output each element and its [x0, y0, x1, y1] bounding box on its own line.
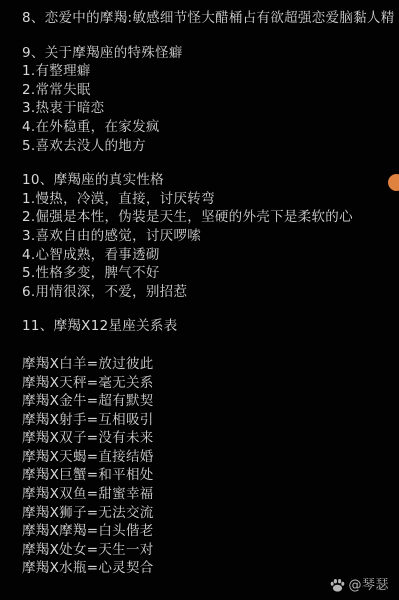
- list-item: 摩羯X天蝎=直接结婚: [22, 448, 387, 467]
- list-item: 3.热衷于暗恋: [22, 99, 387, 118]
- section-heading: 8、恋爱中的摩羯:敏感细节怪大醋桶占有欲超强恋爱脑黏人精: [22, 9, 387, 28]
- list-item: 摩羯X狮子=无法交流: [22, 504, 387, 523]
- section-8: 8、恋爱中的摩羯:敏感细节怪大醋桶占有欲超强恋爱脑黏人精: [22, 9, 387, 28]
- watermark: @琴瑟: [330, 574, 389, 593]
- list-item: 4.在外稳重，在家发疯: [22, 118, 387, 137]
- article-content: 8、恋爱中的摩羯:敏感细节怪大醋桶占有欲超强恋爱脑黏人精9、关于摩羯座的特殊怪癖…: [0, 0, 399, 578]
- list-item: 摩羯X双鱼=甜蜜幸福: [22, 485, 387, 504]
- list-item: 1.慢热，冷漠，直接，讨厌转弯: [22, 190, 387, 209]
- list-item: 4.心智成熟，看事透砌: [22, 246, 387, 265]
- section-heading: 10、摩羯座的真实性格: [22, 171, 387, 190]
- list-item: 5.性格多变，脾气不好: [22, 264, 387, 283]
- list-item: 5.喜欢去没人的地方: [22, 137, 387, 156]
- watermark-author: @琴瑟: [348, 574, 389, 593]
- orange-dot-decoration: [388, 174, 399, 191]
- list-item: 3.喜欢自由的感觉，讨厌啰嗦: [22, 227, 387, 246]
- list-item: 摩羯X射手=互相吸引: [22, 411, 387, 430]
- list-item: 摩羯X双子=没有未来: [22, 429, 387, 448]
- list-item: 摩羯X白羊=放过彼此: [22, 355, 387, 374]
- list-item: 摩羯X天秤=毫无关系: [22, 374, 387, 393]
- list-item: 2.常常失眠: [22, 81, 387, 100]
- section-9: 9、关于摩羯座的特殊怪癖1.有整理癖2.常常失眠3.热衷于暗恋4.在外稳重，在家…: [22, 44, 387, 156]
- baidu-paw-icon: [330, 577, 345, 591]
- list-item: 摩羯X巨蟹=和平相处: [22, 466, 387, 485]
- list-item: 2.倔强是本性，伪装是天生，坚硬的外壳下是柔软的心: [22, 208, 387, 227]
- section-11: 11、摩羯X12星座关系表摩羯X白羊=放过彼此摩羯X天秤=毫无关系摩羯X金牛=超…: [22, 317, 387, 578]
- list-item: 6.用情很深，不爱，别招惹: [22, 283, 387, 302]
- list-item: 1.有整理癖: [22, 62, 387, 81]
- section-heading: 11、摩羯X12星座关系表: [22, 317, 387, 336]
- section-heading: 9、关于摩羯座的特殊怪癖: [22, 44, 387, 63]
- list-item: 摩羯X摩羯=白头偕老: [22, 522, 387, 541]
- list-item: 摩羯X金牛=超有默契: [22, 392, 387, 411]
- list-item: 摩羯X处女=天生一对: [22, 541, 387, 560]
- section-10: 10、摩羯座的真实性格1.慢热，冷漠，直接，讨厌转弯2.倔强是本性，伪装是天生，…: [22, 171, 387, 301]
